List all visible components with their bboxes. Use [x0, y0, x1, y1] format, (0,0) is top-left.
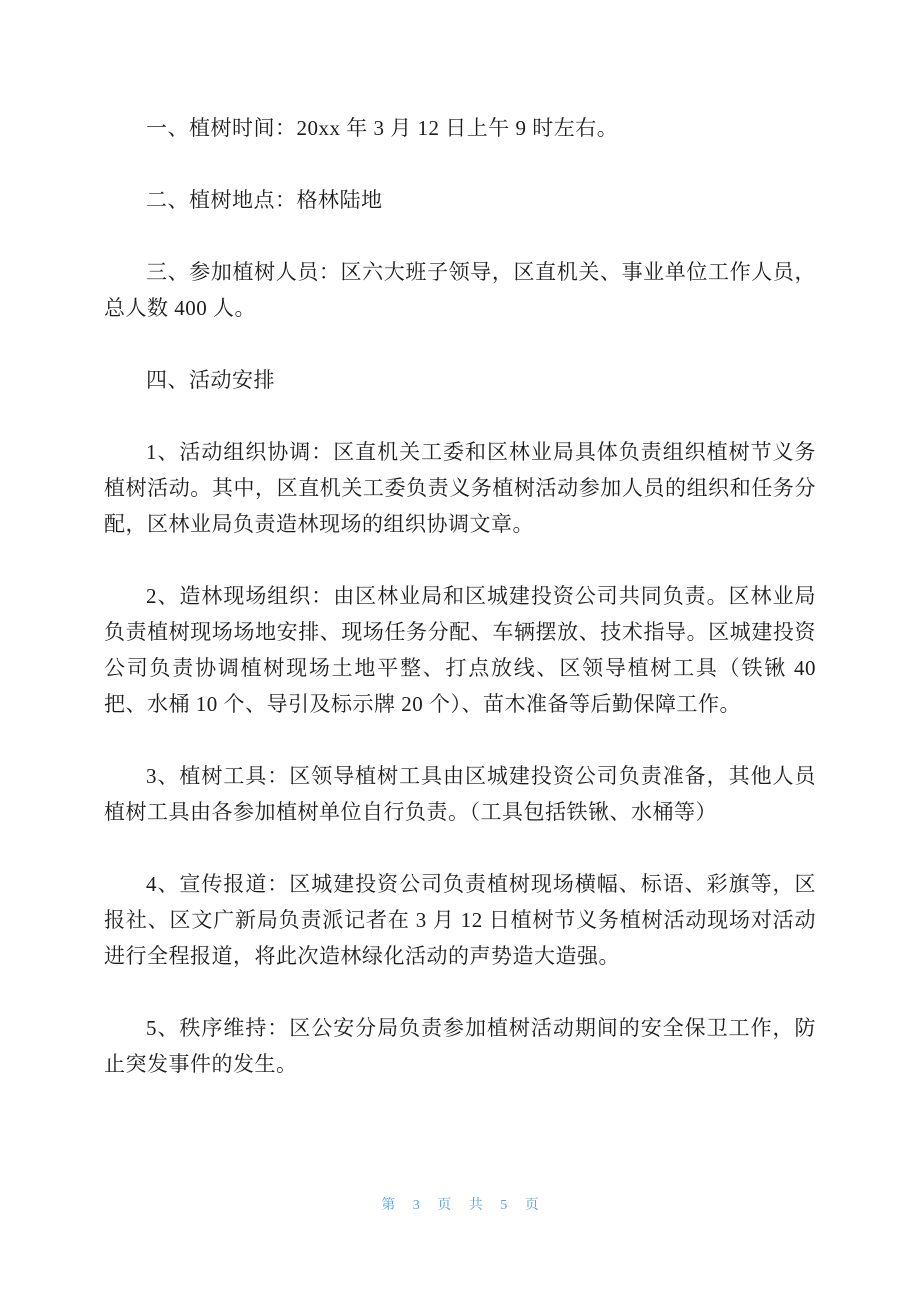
footer-total-pages-number: 5: [500, 1198, 507, 1214]
paragraph-organization-coordination: 1、活动组织协调：区直机关工委和区林业局具体负责组织植树节义务植树活动。其中，区…: [104, 434, 816, 542]
paragraph-participants: 三、参加植树人员：区六大班子领导，区直机关、事业单位工作人员，总人数 400 人…: [104, 254, 816, 326]
paragraph-order-maintenance: 5、秩序维持：区公安分局负责参加植树活动期间的安全保卫工作，防止突发事件的发生。: [104, 1010, 816, 1082]
paragraph-activity-arrangement-heading: 四、活动安排: [104, 362, 816, 398]
paragraph-planting-time: 一、植树时间：20xx 年 3 月 12 日上午 9 时左右。: [104, 110, 816, 146]
paragraph-site-organization: 2、造林现场组织：由区林业局和区城建投资公司共同负责。区林业局负责植树现场场地安…: [104, 578, 816, 722]
footer-total-label: 共: [469, 1194, 483, 1214]
footer-current-page-number: 3: [413, 1198, 420, 1214]
footer-page-prefix: 第: [381, 1194, 395, 1214]
footer-page-label: 页: [437, 1194, 451, 1214]
paragraph-publicity: 4、宣传报道：区城建投资公司负责植树现场横幅、标语、彩旗等，区报社、区文广新局负…: [104, 866, 816, 974]
paragraph-planting-location: 二、植树地点：格林陆地: [104, 182, 816, 218]
document-body: 一、植树时间：20xx 年 3 月 12 日上午 9 时左右。 二、植树地点：格…: [104, 110, 816, 1082]
paragraph-planting-tools: 3、植树工具：区领导植树工具由区城建投资公司负责准备，其他人员植树工具由各参加植…: [104, 758, 816, 830]
footer-total-page-label: 页: [525, 1194, 539, 1214]
document-page: 一、植树时间：20xx 年 3 月 12 日上午 9 时左右。 二、植树地点：格…: [0, 0, 920, 1302]
page-footer: 第 3 页 共 5 页: [0, 1194, 920, 1214]
